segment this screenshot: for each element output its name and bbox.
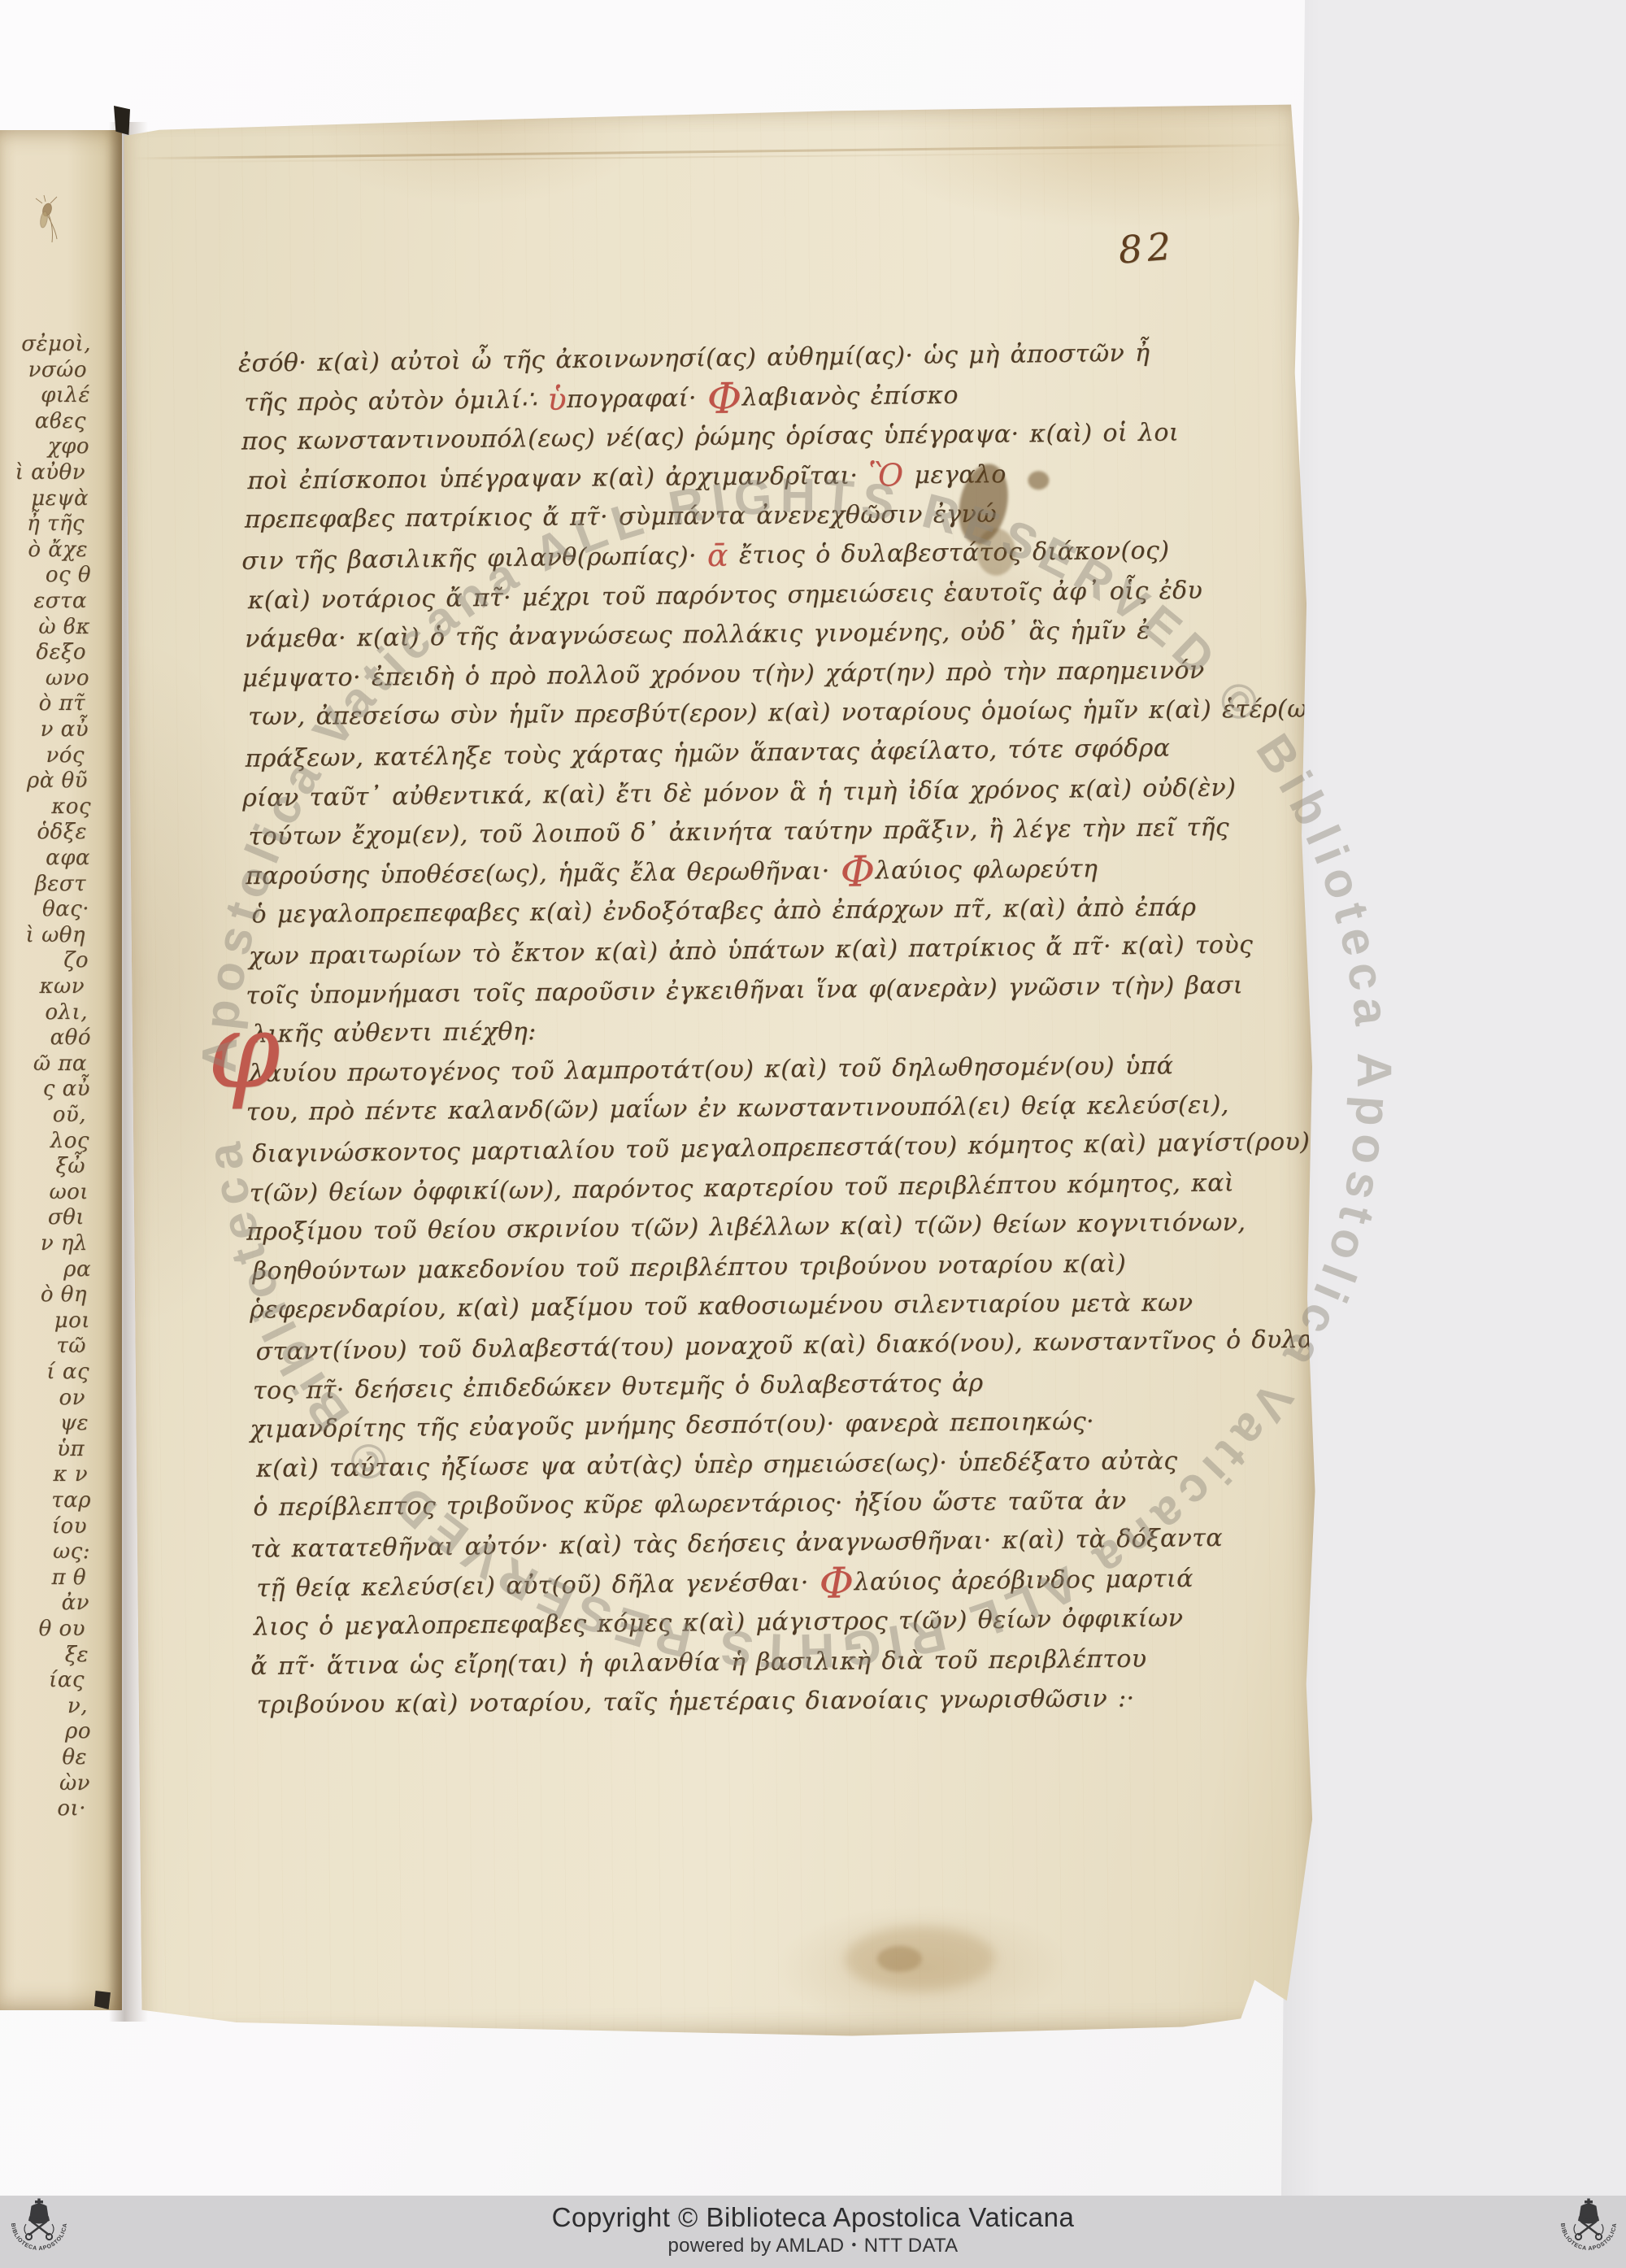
verso-fragment: ολι, <box>45 1000 88 1025</box>
facing-page-strip: σἐμοὶ,νσώοφιλέαϐεςχφοὶ αὐθνμεψὰἦ τῆςὸ ἄχ… <box>0 130 122 2010</box>
verso-fragment: ς αὖ <box>43 1077 90 1101</box>
verso-fragment: ζο <box>63 948 89 973</box>
verso-fragment: ἀν <box>62 1591 89 1615</box>
manuscript-line: ἄ πτ̃· ἅτινα ὡς εἴρη(ται) ἡ φιλανθία ἡ β… <box>250 1644 1146 1681</box>
manuscript-line: τ(ῶν) θείων ὀφφικί(ων), παρόντος καρτερί… <box>250 1169 1235 1208</box>
verso-fragment: ὑπ <box>57 1437 85 1461</box>
verso-fragment: π θ <box>51 1565 86 1590</box>
verso-fragment: νός <box>46 743 85 768</box>
verso-fragment: ρο <box>65 1719 91 1743</box>
verso-fragment: ὸ ἄχε <box>28 538 88 562</box>
manuscript-line: λιος ὁ μεγαλοπρεπεφαβες κόμες κ(αὶ) μάγι… <box>254 1604 1184 1643</box>
verso-fragment: ῶ πα <box>33 1051 87 1076</box>
verso-fragment: οῦ, <box>53 1103 86 1127</box>
binding-gap-top <box>114 106 130 135</box>
manuscript-line: ὁ περίβλεπτος τριβοῦνος κῦρε φλωρεντάριο… <box>253 1487 1126 1523</box>
manuscript-line: διαγινώσκοντος μαρτιαλίου τοῦ μεγαλοπρεπ… <box>252 1128 1310 1169</box>
manuscript-line: μέμψατο· ἐπειδὴ ὁ πρὸ πολλοῦ χρόνου τ(ὴν… <box>242 656 1205 694</box>
verso-fragment: ν, <box>67 1694 88 1718</box>
manuscript-line: παρούσης ὑποθέσε(ως), ἡμᾶς ἔλα θερωθῆναι… <box>246 855 1098 891</box>
verso-fragment: ὶ αὐθν <box>15 460 85 485</box>
verso-fragment: ως: <box>53 1539 90 1564</box>
manuscript-line: προξίμου τοῦ θείου σκρινίου τ(ῶν) λιβέλλ… <box>246 1208 1246 1247</box>
insect-speck <box>33 192 65 257</box>
verso-fragment: ὼν <box>59 1771 90 1796</box>
manuscript-line: τούτων ἔχομ(εν), τοῦ λοιποῦ δ᾽ ἀκινήτα τ… <box>248 813 1229 852</box>
verso-fragment: ὸ πτ̃ <box>39 691 85 716</box>
manuscript-line: πρεπεφαβες πατρίκιος ἄ πτ̃· σὺμπάντα ἀνε… <box>245 500 998 535</box>
manuscript-line: σιν τῆς βασιλικῆς φιλανθ(ρωπίας)· ᾱ ἔτιο… <box>241 536 1169 576</box>
verso-fragment: ίου <box>52 1514 87 1539</box>
margin-initial-phi: φ <box>207 1003 281 1101</box>
verso-fragment: αϐες <box>35 409 86 433</box>
verso-fragment: οι· <box>57 1796 86 1821</box>
verso-fragment: ος θ <box>46 563 91 587</box>
manuscript-line: λαυίου πρωτογένος τοῦ λαμπροτάτ(ου) κ(αὶ… <box>249 1051 1173 1089</box>
manuscript-line: ἐσόθ· κ(αὶ) αὐτοὶ ὦ τῆς ἀκοινωνησί(ας) α… <box>238 339 1150 379</box>
verso-fragment: θ ου <box>39 1617 85 1641</box>
manuscript-line: των, ἀπεσείσω σὺν ἡμῖν πρεσβύτ(ερον) κ(α… <box>248 695 1333 733</box>
verso-fragment: ἦ τῆς <box>27 511 85 536</box>
verso-fragment: ρα <box>63 1257 91 1282</box>
verso-fragment: ί ας <box>46 1360 89 1384</box>
manuscript-line: λικῆς αὐθεντι πιέχθη: <box>252 1017 537 1049</box>
manuscript-line: χων πραιτωρίων τὸ ἔκτον κ(αὶ) ἀπὸ ὑπάτων… <box>249 930 1254 971</box>
manuscript-line: ποὶ ἐπίσκοποι ὑπέγραψαν κ(αὶ) ἀρχιμανδρῖ… <box>247 460 1006 496</box>
verso-fragment: αθό <box>50 1025 91 1050</box>
verso-fragment: ωνο <box>46 666 89 690</box>
manuscript-line: κ(αὶ) ταύταις ἠξίωσε ψα αὐτ(ὰς) ὑπὲρ σημ… <box>256 1447 1178 1484</box>
manuscript-line: τοῖς ὑπομνήμασι τοῖς παροῦσιν ἐγκειθῆναι… <box>246 971 1243 1011</box>
verso-fragment: νσώο <box>28 358 87 382</box>
manuscript-line: ὁ μεγαλοπρεπεφαβες κ(αὶ) ἐνδοξόταβες ἀπὸ… <box>251 894 1196 930</box>
ink-blot <box>976 528 1016 575</box>
verso-fragment: ρὰ θῦ <box>27 768 88 793</box>
tiara-keys-emblem <box>1574 2199 1603 2240</box>
verso-fragment: θας· <box>42 897 89 921</box>
tiara-keys-emblem <box>24 2199 54 2240</box>
verso-fragment: δεξο <box>36 640 86 664</box>
manuscript-line: ρίαν ταῦτ᾽ αὐθεντικά, κ(αὶ) ἔτι δὲ μόνον… <box>242 773 1237 813</box>
manuscript-scan-view: σἐμοὶ,νσώοφιλέαϐεςχφοὶ αὐθνμεψὰἦ τῆςὸ ἄχ… <box>0 0 1626 2268</box>
manuscript-line: πράξεων, κατέληξε τοὺς χάρτας ἡμῶν ἅπαντ… <box>245 734 1170 773</box>
verso-fragment: εστα <box>33 589 87 613</box>
verso-fragment: μοι <box>54 1308 90 1333</box>
verso-fragment: ταρ <box>51 1488 91 1513</box>
verso-fragment: αφα <box>46 846 90 870</box>
binding-gap-bottom <box>94 1991 111 2009</box>
verso-fragment: σἐμοὶ, <box>21 332 91 356</box>
verso-fragment: βεστ <box>35 872 86 896</box>
verso-fragment: ὁδξε <box>37 820 87 844</box>
verso-fragment: ξε <box>65 1643 89 1667</box>
manuscript-line: νάμεθα· κ(αὶ) ὁ τῆς ἀναγνώσεως πολλάκις … <box>245 616 1150 655</box>
verso-fragment: ξὦ <box>55 1154 85 1178</box>
verso-fragment: ὶ ωθη <box>26 923 85 947</box>
manuscript-line: σταντ(ίνου) τοῦ δυλαβεστά(του) μοναχοῦ κ… <box>255 1325 1389 1367</box>
manuscript-line: ῥεφερενδαρίου, κ(αὶ) μαξίμου τοῦ καθοσιω… <box>250 1289 1193 1326</box>
manuscript-line: χιμανδρίτης τῆς εὐαγοῦς μνήμης δεσπότ(ου… <box>250 1408 1094 1445</box>
verso-fragment: ὸ θη <box>41 1282 87 1307</box>
manuscript-line: πος κωνσταντινουπόλ(εως) νέ(ας) ῥώμης ὁρ… <box>241 419 1180 457</box>
verso-fragment: ον <box>59 1386 85 1410</box>
verso-fragment: θε <box>62 1745 87 1770</box>
verso-fragment: ν αὖ <box>41 717 89 742</box>
manuscript-line: βοηθούντων μακεδονίου τοῦ περιβλέπτου τρ… <box>253 1250 1127 1286</box>
verso-fragment: μεψὰ <box>31 486 89 511</box>
manuscript-line: τῇ θείᾳ κελεύσ(ει) αὐτ(οῦ) δῆλα γενέσθαι… <box>256 1564 1193 1603</box>
manuscript-text-block: ἐσόθ· κ(αὶ) αὐτοὶ ὦ τῆς ἀκοινωνησί(ας) α… <box>242 340 1153 349</box>
copyright-text: Copyright © Biblioteca Apostolica Vatica… <box>0 2202 1626 2233</box>
manuscript-line: του, πρὸ πέντε καλανδ(ῶν) μαΐων ἐν κωνστ… <box>246 1091 1229 1128</box>
verso-fragment: ν ηλ <box>41 1231 88 1256</box>
manuscript-line: τῆς πρὸς αὐτὸν ὁμιλί∴ ὑπογραφαί· Φλαβιαν… <box>244 381 959 417</box>
manuscript-line: τριβούνου κ(αὶ) νοταρίου, ταῖς ἡμετέραις… <box>257 1685 1135 1721</box>
manuscript-line: κ(αὶ) νοτάριος ἄ πτ̃· μέχρι τοῦ παρόντος… <box>248 576 1203 616</box>
verso-fragment: χφο <box>48 434 89 459</box>
verso-fragment: σθι <box>48 1205 85 1230</box>
verso-fragment: τῶ <box>56 1334 86 1358</box>
ink-blot <box>1028 471 1049 490</box>
verso-fragment: ψε <box>60 1411 89 1435</box>
manuscript-line: τος πτ̃· δεήσεις ἐπιδεδώκεν θυτεμῆς ὁ δυ… <box>253 1369 984 1406</box>
verso-fragment: ωοι <box>49 1180 89 1204</box>
verso-fragment: ίας <box>49 1668 85 1692</box>
manuscript-line: τὰ κατατεθῆναι αὐτόν· κ(αὶ) τὰς δεήσεις … <box>250 1524 1223 1565</box>
powered-by-text: powered by AMLAD・NTT DATA <box>0 2235 1626 2257</box>
verso-fragment: λος <box>50 1129 89 1153</box>
folio-number: 82 <box>1117 224 1178 272</box>
bav-logo-right: BIBLIOTECA APOSTOLICA VATICANA <box>1554 2198 1623 2266</box>
verso-fragment: φιλέ <box>41 383 90 407</box>
verso-fragment: κων <box>39 974 85 999</box>
footer-bar: Copyright © Biblioteca Apostolica Vatica… <box>0 2196 1626 2268</box>
verso-fragment: ὼ ϐκ <box>38 615 90 639</box>
bav-logo-left: BIBLIOTECA APOSTOLICA VATICANA <box>5 2198 73 2266</box>
verso-fragment: κ ν <box>53 1462 88 1487</box>
verso-fragment: κος <box>51 794 91 819</box>
manuscript-page: 82 ἐσόθ· κ(αὶ) αὐτοὶ ὦ τῆς ἀκοινωνησί(ας… <box>124 102 1325 2043</box>
